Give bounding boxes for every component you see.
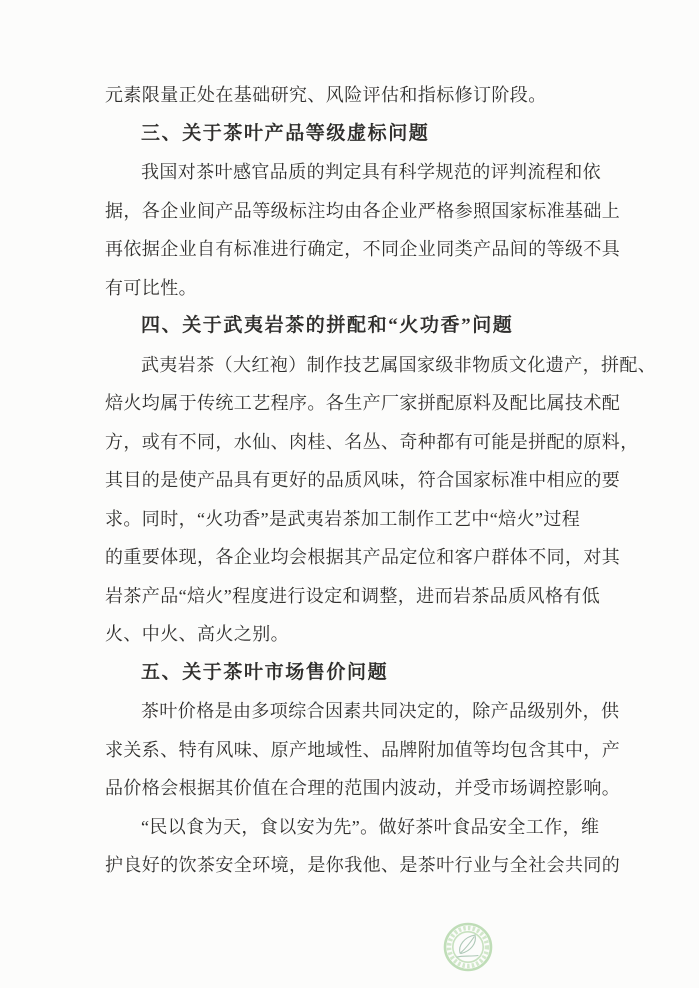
text-line: 求。同时，“火功香”是武夷岩茶加工制作工艺中“焙火”过程 (105, 500, 607, 539)
leaf-glyph (457, 935, 478, 957)
text-line: 岩茶产品“焙火”程度进行设定和调整，进而岩茶品质风格有低 (105, 577, 607, 616)
text-line: 其目的是使产品具有更好的品质风味，符合国家标准中相应的要 (105, 461, 607, 500)
text-line: “民以食为天，食以安为先”。做好茶叶食品安全工作，维 (105, 808, 607, 847)
text-line: 元素限量正处在基础研究、风险评估和指标修订阶段。 (105, 76, 607, 115)
text-line: 我国对茶叶感官品质的判定具有科学规范的评判流程和依 (105, 153, 607, 192)
document-page: 元素限量正处在基础研究、风险评估和指标修订阶段。三、关于茶叶产品等级虚标问题我国… (0, 0, 699, 988)
section-heading: 五、关于茶叶市场售价问题 (105, 654, 607, 693)
text-line: 品价格会根据其价值在合理的范围内波动，并受市场调控影响。 (105, 769, 607, 808)
text-line: 的重要体现，各企业均会根据其产品定位和客户群体不同，对其 (105, 538, 607, 577)
section-heading: 三、关于茶叶产品等级虚标问题 (105, 115, 607, 154)
leaf-seal-icon (443, 922, 493, 972)
text-line: 茶叶价格是由多项综合因素共同决定的，除产品级别外，供 (105, 692, 607, 731)
text-line: 护良好的饮茶安全环境，是你我他、是茶叶行业与全社会共同的 (105, 846, 607, 885)
text-line: 方，或有不同，水仙、肉桂、名丛、奇种都有可能是拼配的原料， (105, 423, 607, 462)
text-line: 焙火均属于传统工艺程序。各生产厂家拼配原料及配比属技术配 (105, 384, 607, 423)
section-heading: 四、关于武夷岩茶的拼配和“火功香”问题 (105, 307, 607, 346)
text-line: 武夷岩茶（大红袍）制作技艺属国家级非物质文化遗产，拼配、 (105, 346, 607, 385)
text-line: 据，各企业间产品等级标注均由各企业严格参照国家标准基础上 (105, 192, 607, 231)
watermark-seal (443, 922, 493, 972)
document-text: 元素限量正处在基础研究、风险评估和指标修订阶段。三、关于茶叶产品等级虚标问题我国… (105, 76, 607, 885)
text-line: 再依据企业自有标准进行确定，不同企业同类产品间的等级不具 (105, 230, 607, 269)
text-line: 火、中火、高火之别。 (105, 615, 607, 654)
text-line: 有可比性。 (105, 269, 607, 308)
text-line: 求关系、特有风味、原产地域性、品牌附加值等均包含其中，产 (105, 731, 607, 770)
